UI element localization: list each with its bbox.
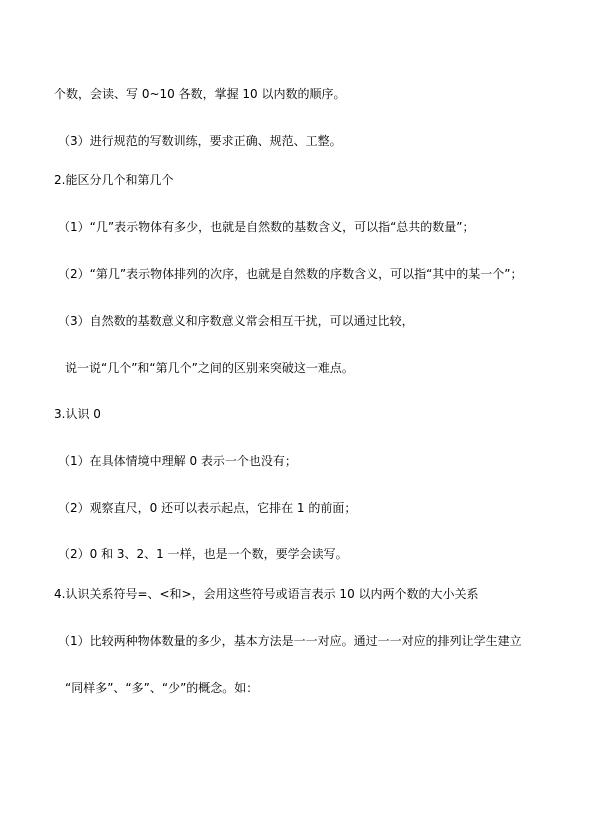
section-heading: 2.能区分几个和第几个 [54, 172, 173, 188]
list-item: （1）“几”表示物体有多少，也就是自然数的基数含义，可以指“总共的数量”； [58, 219, 475, 235]
list-item: （3）进行规范的写数训练，要求正确、规范、工整。 [58, 133, 342, 149]
list-item: （2）“第几”表示物体排列的次序，也就是自然数的序数含义，可以指“其中的某一个”… [58, 266, 523, 282]
paragraph-line: 说一说“几个”和“第几个”之间的区别来突破这一难点。 [65, 360, 354, 376]
section-heading: 3.认识 0 [54, 406, 101, 422]
list-item: （1）比较两种物体数量的多少，基本方法是一一对应。通过一一对应的排列让学生建立 [58, 633, 522, 649]
list-item: （2）观察直尺，0 还可以表示起点，它排在 1 的前面； [58, 500, 356, 516]
list-item: （1）在具体情境中理解 0 表示一个也没有； [58, 453, 297, 469]
list-item: （3）自然数的基数意义和序数意义常会相互干扰，可以通过比较， [58, 313, 414, 329]
paragraph-line: 个数，会读、写 0~10 各数，掌握 10 以内数的顺序。 [54, 86, 346, 102]
list-item: （2）0 和 3、2、1 一样，也是一个数，要学会读写。 [58, 546, 348, 562]
section-heading: 4.认识关系符号=、<和>，会用这些符号或语言表示 10 以内两个数的大小关系 [54, 586, 479, 602]
paragraph-line: “同样多”、“多”、“少”的概念。如： [65, 680, 258, 696]
